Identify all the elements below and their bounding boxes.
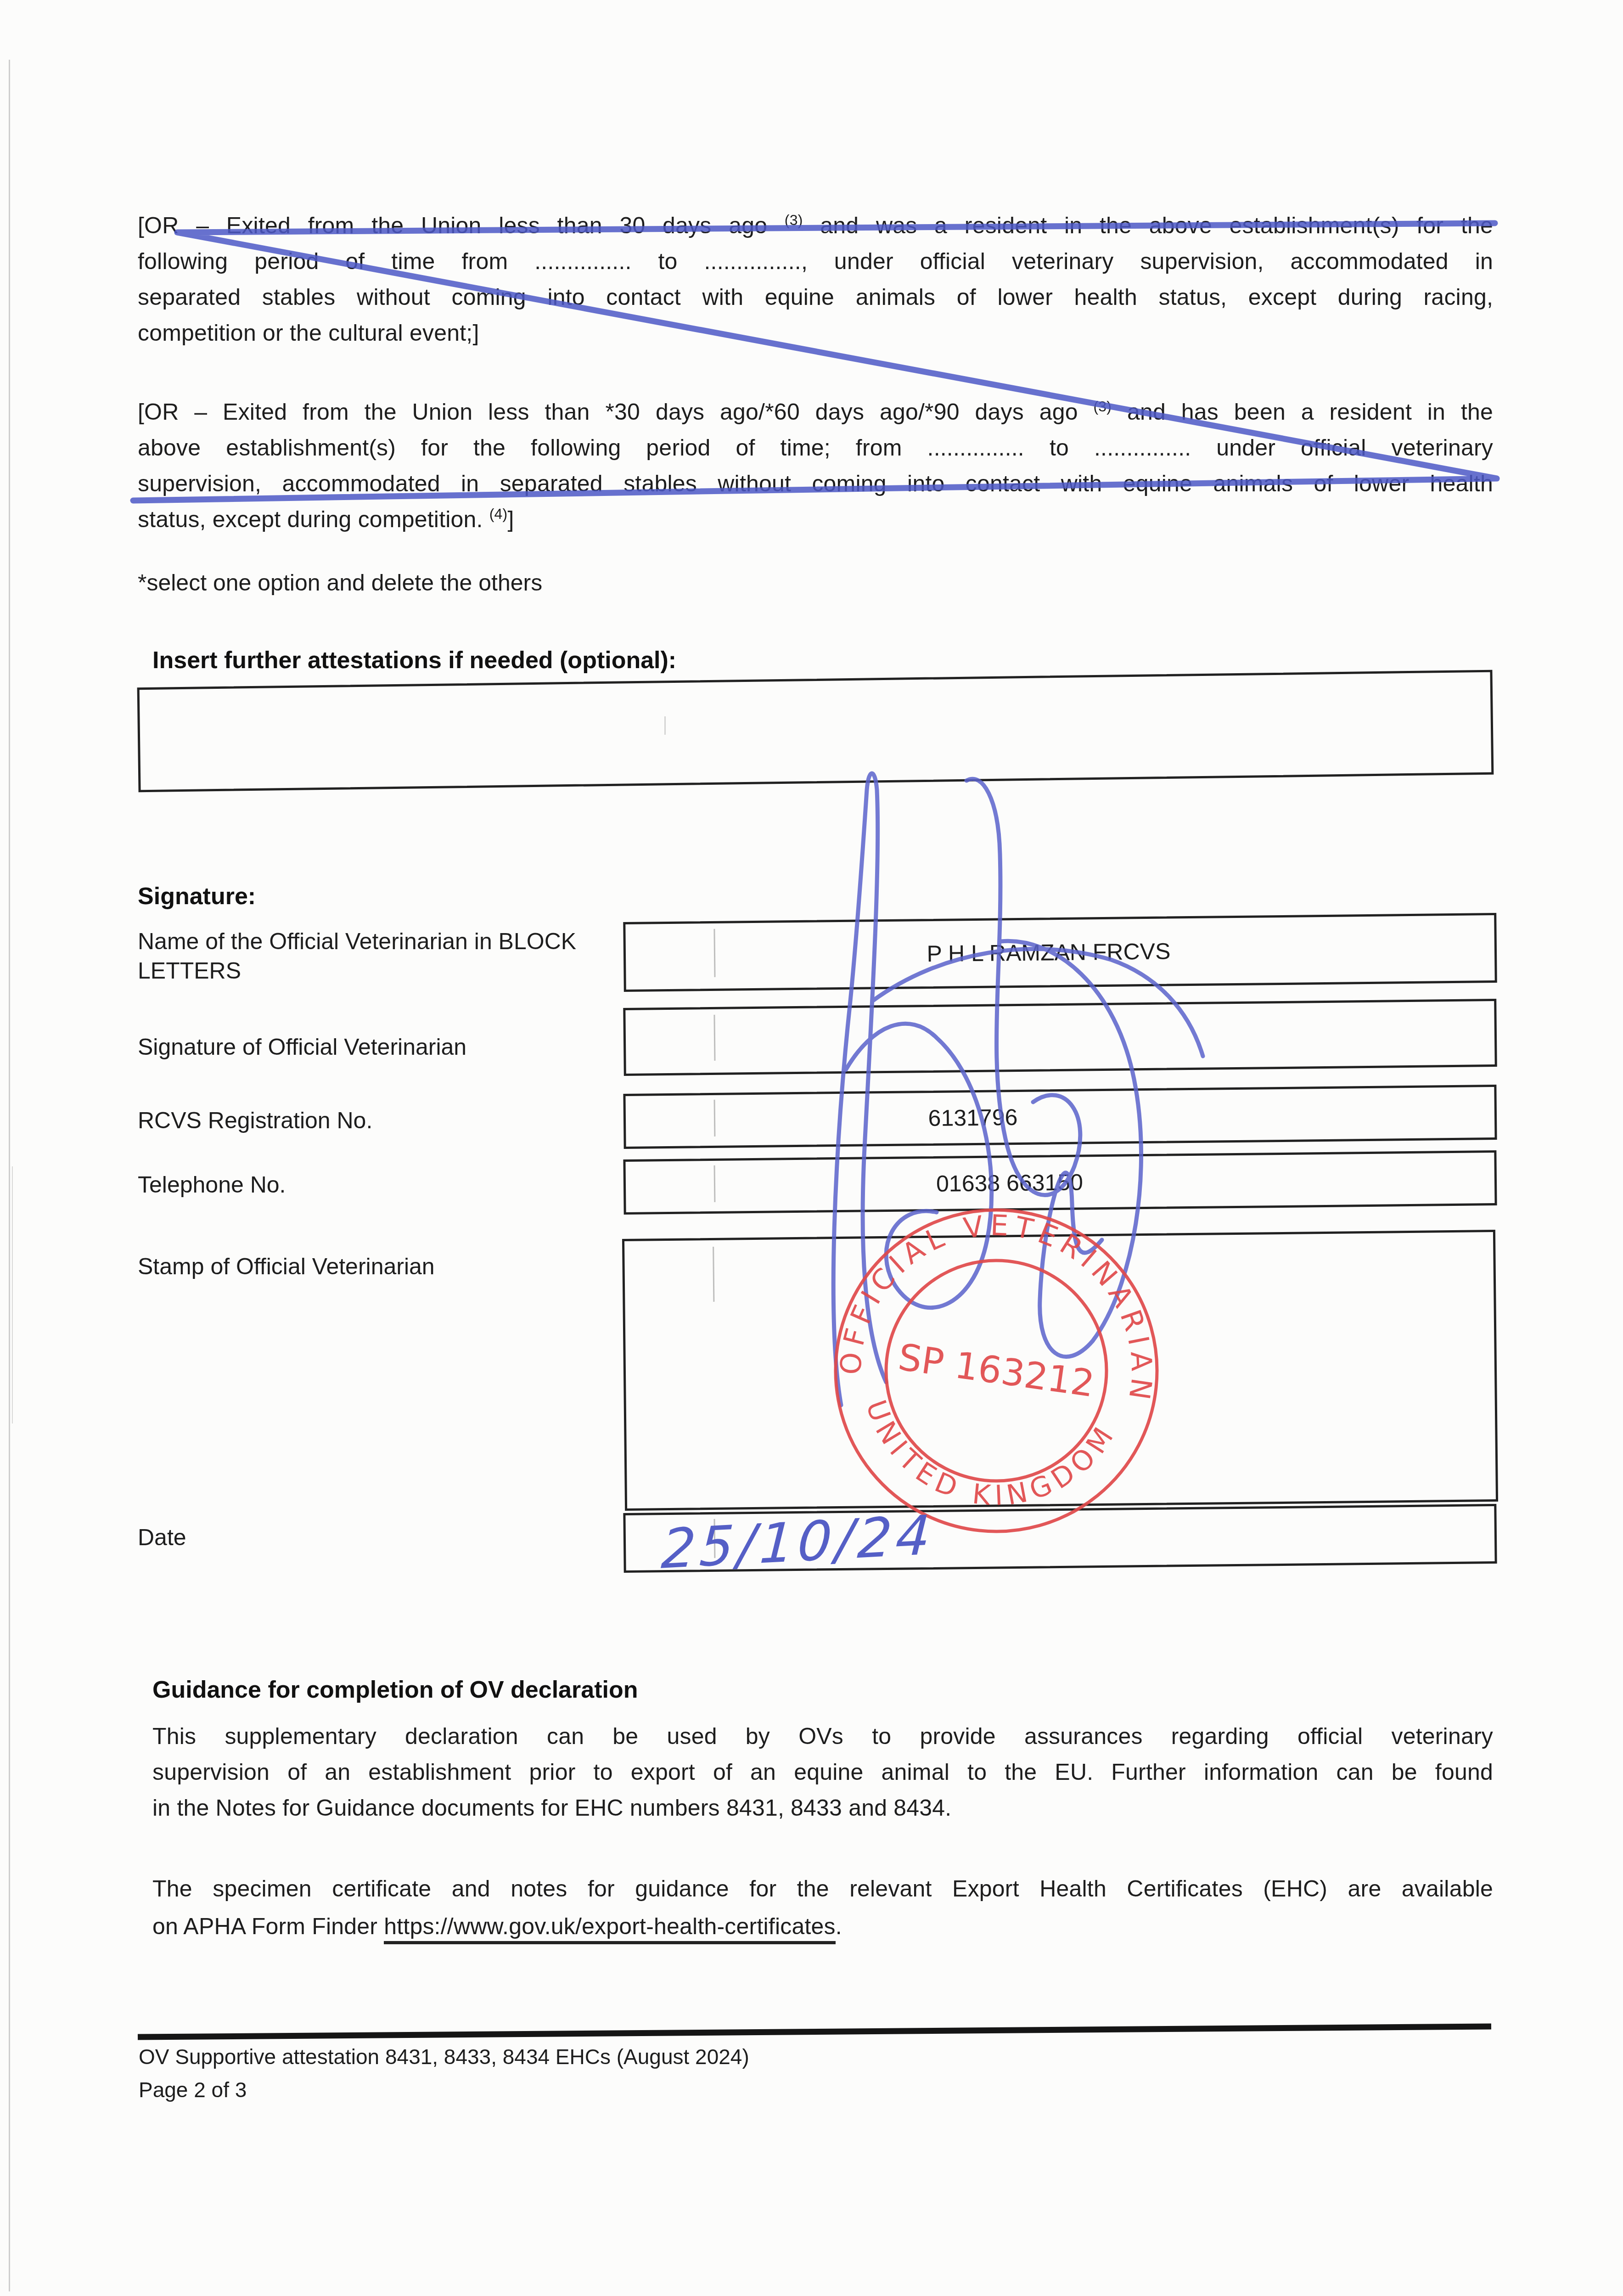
- footnote-ref-3: (3): [785, 212, 803, 228]
- label-telephone: Telephone No.: [138, 1170, 624, 1199]
- stamp-box: [622, 1230, 1498, 1511]
- guidance-paragraph-2: The specimen certificate and notes for g…: [152, 1870, 1493, 1945]
- signature-heading: Signature:: [138, 883, 256, 910]
- gov-uk-link: https://www.gov.uk/export-health-certifi…: [384, 1913, 836, 1944]
- guidance-heading: Guidance for completion of OV declaratio…: [152, 1676, 638, 1704]
- date-box: [623, 1504, 1497, 1573]
- attestations-heading: Insert further attestations if needed (o…: [152, 647, 676, 674]
- telephone-value: 01638 663150: [625, 1153, 1494, 1212]
- footer-page-number: Page 2 of 3: [139, 2077, 247, 2102]
- footer-rule: [138, 2023, 1491, 2040]
- scan-artifact-left-line: [9, 60, 10, 2291]
- guidance-paragraph-1: This supplementary declaration can be us…: [152, 1718, 1493, 1826]
- rcvs-box: 6131796: [623, 1085, 1497, 1149]
- scanned-document-page: [OR – Exited from the Union less than 30…: [0, 0, 1623, 2296]
- name-box: P H L RAMZAN FRCVS: [623, 913, 1497, 992]
- footer-doc-title: OV Supportive attestation 8431, 8433, 84…: [139, 2044, 749, 2069]
- label-name-block-letters: Name of the Official Veterinarian in BLO…: [138, 927, 606, 985]
- scan-artifact-tick: [713, 1015, 715, 1061]
- signature-box: [623, 999, 1497, 1076]
- footnote-ref-4: (4): [489, 506, 508, 522]
- footnote-ref-3b: (3): [1094, 398, 1112, 415]
- scan-artifact-tick: [664, 716, 666, 735]
- scan-artifact-tick: [714, 1519, 716, 1558]
- label-signature: Signature of Official Veterinarian: [138, 1032, 624, 1062]
- scan-artifact-tick: [713, 1247, 714, 1302]
- telephone-box: 01638 663150: [623, 1150, 1497, 1215]
- or-paragraph-2: [OR – Exited from the Union less than *3…: [138, 394, 1493, 537]
- attestations-box: [137, 670, 1494, 793]
- or-paragraph-1: [OR – Exited from the Union less than 30…: [138, 208, 1493, 351]
- rcvs-value: 6131796: [625, 1087, 1494, 1147]
- scan-artifact-left-line-2: [12, 1166, 13, 1424]
- label-date: Date: [138, 1523, 624, 1552]
- label-rcvs-number: RCVS Registration No.: [138, 1106, 624, 1135]
- label-stamp: Stamp of Official Veterinarian: [138, 1252, 624, 1281]
- select-option-note: *select one option and delete the others: [138, 569, 542, 596]
- name-value: P H L RAMZAN FRCVS: [625, 915, 1494, 990]
